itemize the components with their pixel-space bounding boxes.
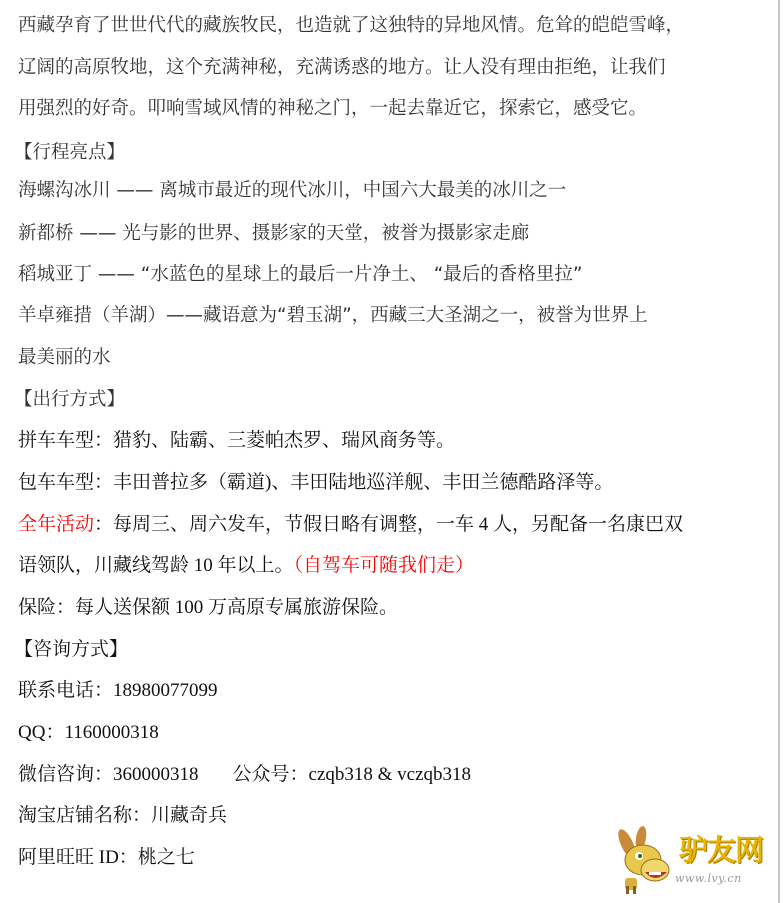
highlight-item: 羊卓雍措（羊湖）——藏语意为“碧玉湖”，西藏三大圣湖之一，被誉为世界上: [18, 304, 648, 328]
highlight-item: 最美丽的水: [18, 346, 111, 370]
intro-paragraph-line-1: 西藏孕育了世世代代的藏族牧民，也造就了这独特的异地风情。危耸的皑皑雪峰，: [18, 14, 684, 38]
travel-mode-heading: 【出行方式】: [14, 388, 125, 412]
highlight-item: 海螺沟冰川 —— 离城市最近的现代冰川，中国六大最美的冰川之一: [18, 179, 566, 203]
activity-text: ：每周三、周六发车，节假日略有调整，一车 4 人，另配备一名康巴双: [94, 514, 683, 535]
intro-paragraph-line-3: 用强烈的好奇。叩响雪域风情的神秘之门，一起去靠近它，探索它，感受它。: [18, 97, 647, 121]
contact-heading: 【咨询方式】: [14, 638, 128, 662]
contact-aliwangwang: 阿里旺旺 ID：桃之七: [18, 846, 195, 870]
highlight-item: 稻城亚丁 —— “水蓝色的星球上的最后一片净土、 “最后的香格里拉”: [18, 263, 582, 287]
document-page: 西藏孕育了世世代代的藏族牧民，也造就了这独特的异地风情。危耸的皑皑雪峰， 辽阔的…: [0, 0, 780, 903]
contact-wechat: 微信咨询：360000318: [18, 764, 199, 785]
charter-vehicles: 包车车型：丰田普拉多（霸道)、丰田陆地巡洋舰、丰田兰德酷路泽等。: [18, 471, 613, 495]
contact-phone: 联系电话：18980077099: [18, 679, 218, 703]
donkey-mascot-icon: [613, 826, 675, 894]
activity-line-1: 全年活动：每周三、周六发车，节假日略有调整，一车 4 人，另配备一名康巴双: [18, 513, 683, 537]
highlights-heading: 【行程亮点】: [14, 141, 125, 165]
watermark-logo: 驴友网 www.lvy.cn: [613, 826, 763, 894]
activity-label: 全年活动: [18, 514, 94, 535]
activity-text-2: 语领队，川藏线驾龄 10 年以上。: [18, 555, 294, 576]
self-drive-note: （自驾车可随我们走）: [294, 555, 475, 576]
contact-qq: QQ：1160000318: [18, 721, 159, 745]
watermark-url: www.lvy.cn: [675, 872, 742, 885]
contact-official-account: 公众号：czqb318 & vczqb318: [233, 764, 472, 785]
highlight-item: 新都桥 —— 光与影的世界、摄影家的天堂，被誉为摄影家走廊: [18, 222, 529, 246]
contact-taobao: 淘宝店铺名称：川藏奇兵: [18, 804, 227, 828]
carpool-vehicles: 拼车车型：猎豹、陆霸、三菱帕杰罗、瑞风商务等。: [18, 429, 455, 453]
activity-line-2: 语领队，川藏线驾龄 10 年以上。（自驾车可随我们走）: [18, 554, 474, 578]
intro-paragraph-line-2: 辽阔的高原牧地，这个充满神秘，充满诱惑的地方。让人没有理由拒绝，让我们: [18, 56, 666, 80]
insurance-info: 保险：每人送保额 100 万高原专属旅游保险。: [18, 596, 398, 620]
contact-wechat-row: 微信咨询：360000318公众号：czqb318 & vczqb318: [18, 763, 471, 787]
watermark-brand: 驴友网: [679, 828, 763, 869]
